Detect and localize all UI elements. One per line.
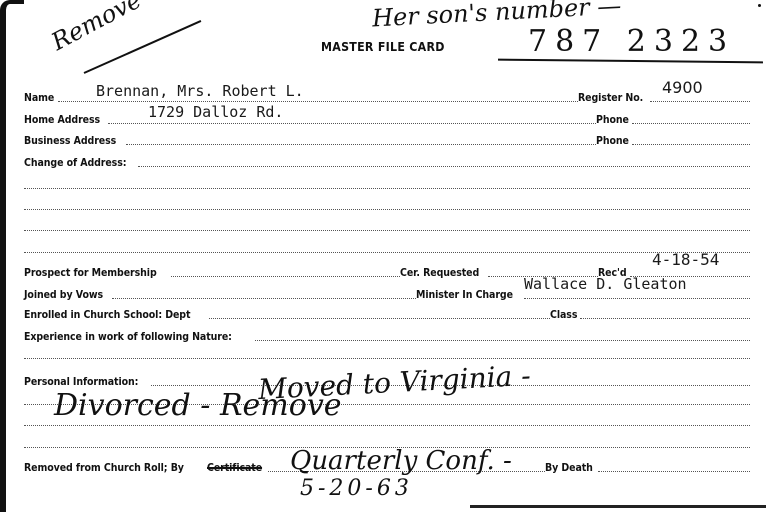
master-file-card: Remove Her son's number — 787 2323 MASTE… — [0, 0, 766, 512]
name-value[interactable]: Brennan, Mrs. Robert L. — [96, 82, 304, 100]
blank-line — [24, 208, 750, 210]
home-address-line — [108, 122, 595, 124]
blank-line — [24, 229, 750, 231]
business-address-line — [126, 143, 595, 145]
row-enrolled: Enrolled in Church School: Dept Class — [24, 305, 750, 321]
blank-line — [24, 251, 750, 253]
change-of-address-line — [138, 165, 750, 167]
certificate-option-struck: Certificate — [207, 462, 262, 474]
son-number-underline — [498, 59, 763, 64]
business-address-label: Business Address — [24, 135, 116, 147]
minister-line — [524, 297, 750, 299]
register-no-value[interactable]: 4900 — [662, 78, 703, 97]
minister-label: Minister In Charge — [416, 289, 513, 301]
card-title: MASTER FILE CARD — [321, 40, 445, 54]
class-label: Class — [550, 309, 577, 321]
prospect-label: Prospect for Membership — [24, 267, 157, 279]
experience-label: Experience in work of following Nature: — [24, 331, 232, 343]
business-phone-label: Phone — [596, 135, 629, 147]
blank-line — [24, 357, 750, 359]
home-address-value[interactable]: 1729 Dalloz Rd. — [148, 103, 283, 121]
experience-line — [255, 339, 750, 341]
prospect-line — [171, 275, 400, 277]
name-label: Name — [24, 92, 54, 104]
card-bottom-edge — [470, 505, 766, 508]
blank-line — [24, 424, 750, 426]
enrolled-label: Enrolled in Church School: Dept — [24, 309, 190, 321]
scan-speck — [758, 4, 761, 7]
class-line — [580, 317, 750, 319]
home-address-label: Home Address — [24, 114, 100, 126]
cer-requested-label: Cer. Requested — [400, 267, 479, 279]
register-no-label: Register No. — [578, 92, 643, 104]
minister-value[interactable]: Wallace D. Gleaton — [524, 275, 687, 293]
son-number-value: 787 2323 — [528, 24, 735, 59]
joined-by-vows-label: Joined by Vows — [24, 289, 103, 301]
remove-note: Remove — [47, 0, 146, 56]
joined-by-vows-line — [112, 297, 417, 299]
recd-value[interactable]: 4-18-54 — [652, 250, 719, 269]
enrolled-line — [209, 317, 550, 319]
row-change-of-address: Change of Address: — [24, 153, 750, 169]
blank-line — [24, 187, 750, 189]
row-home-address: Home Address Phone — [24, 110, 750, 126]
home-phone-label: Phone — [596, 114, 629, 126]
card-corner — [0, 0, 24, 14]
by-death-label: By Death — [545, 462, 593, 474]
personal-info-label: Personal Information: — [24, 376, 138, 388]
personal-info-value-2[interactable]: Divorced - Remove — [54, 388, 342, 423]
row-business-address: Business Address Phone — [24, 131, 750, 147]
register-no-line — [650, 100, 750, 102]
change-of-address-label: Change of Address: — [24, 157, 126, 169]
removed-by-value[interactable]: Quarterly Conf. - — [290, 446, 512, 476]
business-phone-line — [632, 143, 750, 145]
home-phone-line — [632, 122, 750, 124]
removed-label: Removed from Church Roll; By — [24, 462, 184, 474]
card-left-edge — [0, 6, 6, 512]
removed-date[interactable]: 5-20-63 — [300, 476, 413, 501]
by-death-line — [598, 470, 750, 472]
name-line — [58, 100, 578, 102]
row-experience: Experience in work of following Nature: — [24, 327, 750, 343]
